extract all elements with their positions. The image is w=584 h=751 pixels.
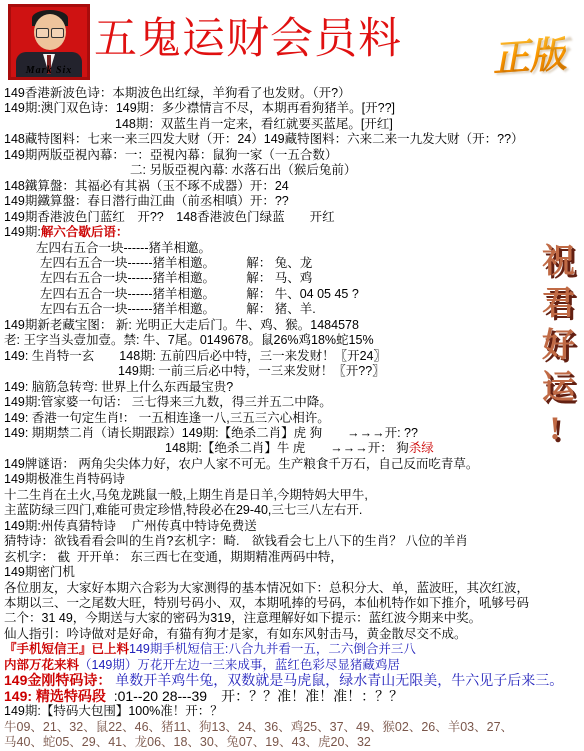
text-segment: 解六合歇后语： bbox=[41, 225, 129, 239]
body-line-20: 149: 脑筋急转弯: 世界上什么东西最宝贵? bbox=[4, 380, 580, 395]
text-segment: 148期：双蓝生肖一定来，看红就要买蓝尾。[开红] bbox=[115, 117, 393, 131]
text-segment: 单数开羊鸡牛兔，双数就是马虎鼠，绿水青山无限美，牛六见子后来三。 bbox=[111, 672, 563, 688]
body-line-17: 老: 王字当头壹加壹。禁: 牛、7尾。0149678。鼠26%鸡18%蛇15% bbox=[4, 333, 580, 348]
body-line-11: 左四右五合一块------猪羊相邀。 bbox=[4, 241, 580, 256]
body-line-19: 149期: 一前三后必中特，一三来发财！〖开??〗 bbox=[4, 364, 580, 379]
text-segment: 149期极准生肖特码诗 bbox=[4, 472, 125, 486]
text-segment: 149: 期期禁二肖（请长期跟踪）149期:【绝杀二肖】虎 狗 →→→开: ?? bbox=[4, 426, 418, 440]
text-segment: 149期手机短信王:八合九并看一五，二六倒合并三八 bbox=[129, 642, 416, 656]
text-segment: 左四右五合一块------猪羊相邀。 解： 牛、04 05 45 ? bbox=[40, 287, 359, 301]
body-line-38: 内部万花来料（149期）万花开左边一三来成事，蓝红色彩尽显猪藏鸡居 bbox=[4, 658, 580, 673]
text-segment: 『手机短信王』已上料 bbox=[4, 642, 129, 656]
body-line-4: 148藏特图料：七来一来三四发大财（开：24）149藏特图料：六来二来一九发大财… bbox=[4, 132, 580, 147]
photo-caption: Mark Six bbox=[11, 65, 87, 76]
body-line-29: 149期:州传真猜特诗 广州传真中特诗免费送 bbox=[4, 519, 580, 534]
body-line-5: 149期两版亞視內幕：一：亞視內幕：鼠狗一家（一五合数） bbox=[4, 148, 580, 163]
body-line-23: 149: 期期禁二肖（请长期跟踪）149期:【绝杀二肖】虎 狗 →→→开: ?? bbox=[4, 426, 580, 441]
body-line-39: 149金刚特码诗： 单数开羊鸡牛兔，双数就是马虎鼠，绿水青山无限美，牛六见子后来… bbox=[4, 673, 580, 688]
text-segment: 149香港新波色诗：本期波色出红绿，羊狗看了也发财。（开?） bbox=[4, 86, 351, 100]
text-segment: 149: 香港一句定生肖!： 一五相连逢一八,三五三六心相许。 bbox=[4, 411, 330, 425]
text-segment: :01--20 28---39 开：？？准！准！准！：？？ bbox=[106, 688, 403, 704]
text-segment: 149期鐵算盤：春日潜行曲江曲（前丞相嗔）开：?? bbox=[4, 194, 289, 208]
lottery-tip-sheet: Mark Six 五鬼运财会员料 正版 祝君好运! 149香港新波色诗：本期波色… bbox=[0, 0, 584, 751]
body-line-41: 149期:【特码大包围】100%准！开：？ bbox=[4, 704, 580, 719]
body-line-1: 149香港新波色诗：本期波色出红绿，羊狗看了也发财。（开?） bbox=[4, 86, 580, 101]
text-segment: 149金刚特码诗： bbox=[4, 672, 111, 688]
text-segment: 左四右五合一块------猪羊相邀。 解： 马、鸡 bbox=[40, 271, 312, 285]
text-segment: 各位朋友，大家好本期六合彩为大家测得的基本情况如下：总积分大、单，蓝波旺，其次红… bbox=[4, 581, 529, 595]
text-segment: 左四右五合一块------猪羊相邀。 解： 猪、羊. bbox=[40, 302, 316, 316]
text-segment: 149: 生肖特一玄 148期: 五前四后必中特，三一来发财！〖开24〗 bbox=[4, 349, 386, 363]
text-segment: 149期:【特码大包围】100%准！开：？ bbox=[4, 704, 223, 718]
body-line-36: 仙人指引：吟诗做对是好命，有猫有狗才是家，有如东风射击马，黄金散尽交不成。 bbox=[4, 627, 580, 642]
text-segment: 老: 王字当头壹加壹。禁: 牛、7尾。0149678。鼠26%鸡18%蛇15% bbox=[4, 333, 374, 347]
body-line-8: 149期鐵算盤：春日潜行曲江曲（前丞相嗔）开：?? bbox=[4, 194, 580, 209]
header: Mark Six 五鬼运财会员料 正版 bbox=[0, 0, 584, 86]
text-segment: 149期密门机 bbox=[4, 565, 75, 579]
body-line-16: 149期新老藏宝图： 新: 光明正大走后门。牛、鸡、猴。1484578 bbox=[4, 318, 580, 333]
host-portrait-photo: Mark Six bbox=[8, 4, 90, 80]
text-segment: 杀绿 bbox=[409, 441, 434, 455]
text-segment: 马40、蛇05、29、41、龙06、18、30、兔07、19、43、虎20、32 bbox=[4, 735, 371, 749]
page-title: 五鬼运财会员料 bbox=[94, 16, 402, 64]
text-segment: 148藏特图料：七来一来三四发大财（开：24）149藏特图料：六来二来一九发大财… bbox=[4, 132, 524, 146]
text-segment: 猜特诗：欲钱看看会叫的生肖?玄机字：畸. 欲钱看会七上八下的生肖？ 八位的羊肖 bbox=[4, 534, 468, 548]
body-line-10: 149期:解六合歇后语： bbox=[4, 225, 580, 240]
text-segment: 149期: bbox=[4, 225, 41, 239]
body-line-3: 148期：双蓝生肖一定来，看红就要买蓝尾。[开红] bbox=[4, 117, 580, 132]
glasses-right-lens-icon bbox=[51, 28, 64, 38]
text-segment: 149期: 一前三后必中特，一三来发财！〖开??〗 bbox=[118, 364, 385, 378]
text-segment: 二: 另版亞視內幕: 水落石出（猴后兔前） bbox=[130, 163, 356, 177]
body-line-6: 二: 另版亞視內幕: 水落石出（猴后兔前） bbox=[4, 163, 580, 178]
body-line-13: 左四右五合一块------猪羊相邀。 解： 马、鸡 bbox=[4, 271, 580, 286]
body-line-35: 二个：31 49，今期送与大家的密码为319，注意理解好如下提示：蓝红波今期来中… bbox=[4, 611, 580, 626]
body-line-15: 左四右五合一块------猪羊相邀。 解： 猪、羊. bbox=[4, 302, 580, 317]
body-line-31: 玄机字： 截 开开单： 东三西七在变通，期期精准两码中特， bbox=[4, 550, 580, 565]
glasses-left-lens-icon bbox=[36, 28, 49, 38]
text-segment: 牛09、21、32、鼠22、46、猪11、狗13、24、36、鸡25、37、49… bbox=[4, 720, 513, 734]
text-segment: 149期香港波色门蓝红 开?? 148香港波色门绿蓝 开红 bbox=[4, 210, 335, 224]
body-line-18: 149: 生肖特一玄 148期: 五前四后必中特，三一来发财！〖开24〗 bbox=[4, 349, 580, 364]
body-line-40: 149: 精选特码段 :01--20 28---39 开：？？准！准！准！：？？ bbox=[4, 689, 580, 704]
body-line-12: 左四右五合一块------猪羊相邀。 解： 兔、龙 bbox=[4, 256, 580, 271]
body-line-21: 149期:管家婆一句话： 三七得来三九数，得三并五二中降。 bbox=[4, 395, 580, 410]
text-segment: 主蓝防绿三四门,难能可贵定珍惜,特段必在29-40,三七三八左右开. bbox=[4, 503, 362, 517]
text-segment: 149: 精选特码段 bbox=[4, 688, 106, 704]
body-line-27: 十二生肖在土火,马兔龙跳鼠一般,上期生肖是日羊,今期特妈大甲牛, bbox=[4, 488, 580, 503]
body-line-2: 149期:澳门双色诗：149期：多少襟情言不尽，本期再看狗猪羊。[开??] bbox=[4, 101, 580, 116]
body-text: 149香港新波色诗：本期波色出红绿，羊狗看了也发财。（开?）149期:澳门双色诗… bbox=[4, 86, 580, 750]
text-segment: 148鐵算盤：其福必有其祸（玉不琢不成器）开：24 bbox=[4, 179, 289, 193]
text-segment: 149期新老藏宝图： 新: 光明正大走后门。牛、鸡、猴。1484578 bbox=[4, 318, 359, 332]
body-line-43: 马40、蛇05、29、41、龙06、18、30、兔07、19、43、虎20、32 bbox=[4, 735, 580, 750]
body-line-28: 主蓝防绿三四门,难能可贵定珍惜,特段必在29-40,三七三八左右开. bbox=[4, 503, 580, 518]
text-segment: 左四右五合一块------猪羊相邀。 解： 兔、龙 bbox=[40, 256, 312, 270]
text-segment: 二个：31 49，今期送与大家的密码为319，注意理解好如下提示：蓝红波今期来中… bbox=[4, 611, 481, 625]
body-line-22: 149: 香港一句定生肖!： 一五相连逢一八,三五三六心相许。 bbox=[4, 411, 580, 426]
text-segment: 149期:管家婆一句话： 三七得来三九数，得三并五二中降。 bbox=[4, 395, 332, 409]
text-segment: 148期:【绝杀二肖】牛 虎 →→→开： 狗 bbox=[165, 441, 409, 455]
text-segment: 149牌谜语： 两角尖尖体力好，农户人家不可无。生产粮食千万石，自己反而吃青草。 bbox=[4, 457, 478, 471]
text-segment: 149: 脑筋急转弯: 世界上什么东西最宝贵? bbox=[4, 380, 233, 394]
text-segment: 149期两版亞視內幕：一：亞視內幕：鼠狗一家（一五合数） bbox=[4, 148, 337, 162]
body-line-25: 149牌谜语： 两角尖尖体力好，农户人家不可无。生产粮食千万石，自己反而吃青草。 bbox=[4, 457, 580, 472]
text-segment: 十二生肖在土火,马兔龙跳鼠一般,上期生肖是日羊,今期特妈大甲牛, bbox=[4, 488, 368, 502]
text-segment: 149期:澳门双色诗：149期：多少襟情言不尽，本期再看狗猪羊。[开??] bbox=[4, 101, 395, 115]
text-segment: （149期）万花开左边一三来成事，蓝红色彩尽显猪藏鸡居 bbox=[79, 658, 400, 672]
text-segment: 左四右五合一块------猪羊相邀。 bbox=[36, 241, 211, 255]
body-line-9: 149期香港波色门蓝红 开?? 148香港波色门绿蓝 开红 bbox=[4, 210, 580, 225]
body-line-7: 148鐵算盤：其福必有其祸（玉不琢不成器）开：24 bbox=[4, 179, 580, 194]
body-line-34: 本期以三、一之尾数大旺，特别号码小、双，本期吼捧的号码，本仙机特作如下推介，吼够… bbox=[4, 596, 580, 611]
body-line-26: 149期极准生肖特码诗 bbox=[4, 472, 580, 487]
body-line-32: 149期密门机 bbox=[4, 565, 580, 580]
body-line-42: 牛09、21、32、鼠22、46、猪11、狗13、24、36、鸡25、37、49… bbox=[4, 720, 580, 735]
text-segment: 仙人指引：吟诗做对是好命，有猫有狗才是家，有如东风射击马，黄金散尽交不成。 bbox=[4, 627, 467, 641]
text-segment: 本期以三、一之尾数大旺，特别号码小、双，本期吼捧的号码，本仙机特作如下推介，吼够… bbox=[4, 596, 529, 610]
body-line-33: 各位朋友，大家好本期六合彩为大家测得的基本情况如下：总积分大、单，蓝波旺，其次红… bbox=[4, 581, 580, 596]
body-line-37: 『手机短信王』已上料149期手机短信王:八合九并看一五，二六倒合并三八 bbox=[4, 642, 580, 657]
body-line-30: 猜特诗：欲钱看看会叫的生肖?玄机字：畸. 欲钱看会七上八下的生肖？ 八位的羊肖 bbox=[4, 534, 580, 549]
body-line-14: 左四右五合一块------猪羊相邀。 解： 牛、04 05 45 ? bbox=[4, 287, 580, 302]
text-segment: 149期:州传真猜特诗 广州传真中特诗免费送 bbox=[4, 519, 257, 533]
genuine-edition-badge: 正版 bbox=[490, 23, 568, 82]
text-segment: 内部万花来料 bbox=[4, 658, 79, 672]
body-line-24: 148期:【绝杀二肖】牛 虎 →→→开： 狗杀绿 bbox=[4, 441, 580, 456]
text-segment: 玄机字： 截 开开单： 东三西七在变通，期期精准两码中特， bbox=[4, 550, 343, 564]
